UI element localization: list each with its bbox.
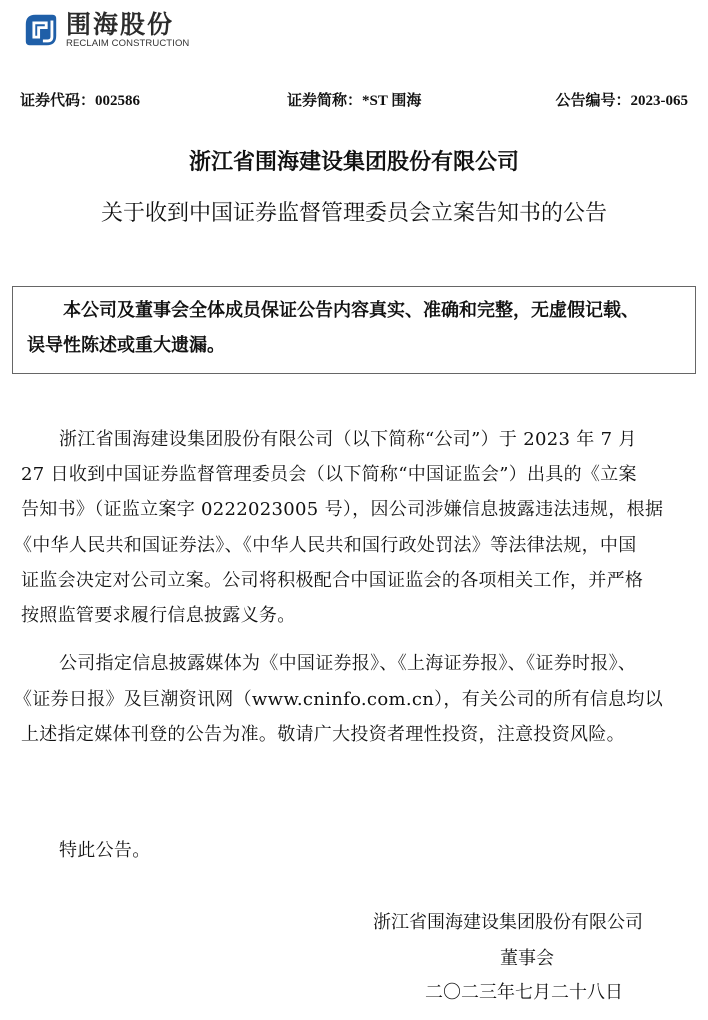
logo-name-en: RECLAIM CONSTRUCTION — [66, 38, 189, 49]
body-line: 公司指定信息披露媒体为《中国证券报》、《上海证券报》、《证券时报》、 — [59, 649, 636, 675]
security-code: 证券代码：002586 — [20, 89, 140, 110]
company-logo: 围海股份 RECLAIM CONSTRUCTION — [22, 10, 189, 50]
board-assurance-box: 本公司及董事会全体成员保证公告内容真实、准确和完整，无虚假记载、 误导性陈述或重… — [12, 286, 696, 374]
logo-name-cn: 围海股份 — [66, 12, 189, 38]
company-logo-mark-icon — [22, 11, 60, 49]
signature-board: 董事会 — [500, 944, 554, 970]
body-line: 浙江省围海建设集团股份有限公司（以下简称“公司”）于 2023 年 7 月 — [59, 425, 637, 451]
announcement-meta-row: 证券代码：002586 证券简称：*ST 围海 公告编号：2023-065 — [20, 89, 688, 111]
body-line: 按照监管要求履行信息披露义务。 — [21, 601, 296, 627]
body-line: 《证券日报》及巨潮资讯网（www.cninfo.com.cn），有关公司的所有信… — [14, 685, 663, 711]
assurance-line-2: 误导性陈述或重大遗漏。 — [27, 331, 225, 357]
assurance-line-1: 本公司及董事会全体成员保证公告内容真实、准确和完整，无虚假记载、 — [63, 296, 639, 322]
body-line: 证监会决定对公司立案。公司将积极配合中国证监会的各项相关工作，并严格 — [21, 566, 643, 592]
body-line: 《中华人民共和国证券法》、《中华人民共和国行政处罚法》等法律法规，中国 — [14, 531, 637, 557]
document-title-company: 浙江省围海建设集团股份有限公司 — [0, 145, 708, 176]
body-line: 告知书》（证监立案字 0222023005 号），因公司涉嫌信息披露违法违规，根… — [21, 495, 663, 521]
body-line: 上述指定媒体刊登的公告为准。敬请广大投资者理性投资，注意投资风险。 — [21, 720, 625, 746]
announcement-number: 公告编号：2023-065 — [556, 89, 689, 110]
security-abbreviation: 证券简称：*ST 围海 — [287, 89, 421, 110]
signature-company: 浙江省围海建设集团股份有限公司 — [373, 908, 643, 934]
document-title-subject: 关于收到中国证券监督管理委员会立案告知书的公告 — [0, 196, 708, 227]
body-line: 27 日收到中国证券监督管理委员会（以下简称“中国证监会”）出具的《立案 — [21, 460, 637, 486]
signature-date: 二〇二三年七月二十八日 — [425, 978, 623, 1004]
closing-statement: 特此公告。 — [59, 836, 151, 862]
